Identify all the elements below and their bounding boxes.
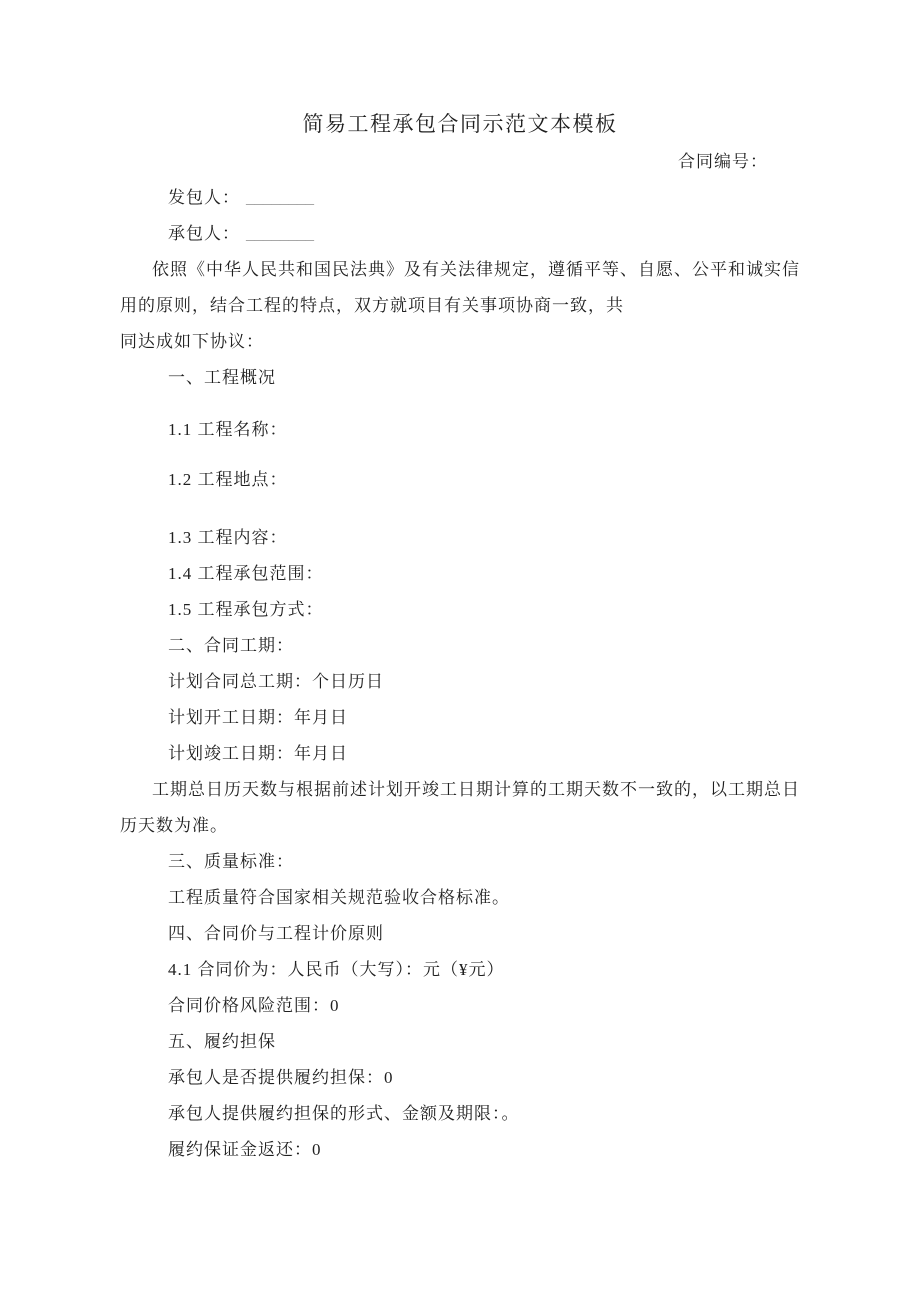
preamble-line-1: 依照《中华人民共和国民法典》及有关法律规定，遵循平等、自愿、公平和诚实信 — [120, 252, 800, 288]
section-2-heading: 二、合同工期： — [120, 628, 800, 664]
duration-note-line-1: 工期总日历天数与根据前述计划开竣工日期计算的工期天数不一致的，以工期总日 — [120, 772, 800, 808]
contractor-blank-field: ________ — [246, 216, 314, 252]
section-1-heading: 一、工程概况 — [120, 360, 800, 396]
planned-completion-date: 计划竣工日期：年月日 — [120, 736, 800, 772]
contract-number-label: 合同编号： — [120, 144, 800, 180]
section-3-heading: 三、质量标准： — [120, 844, 800, 880]
performance-bond-return: 履约保证金返还：0 — [120, 1132, 800, 1168]
clause-1-2-project-location: 1.2 工程地点： — [120, 462, 800, 498]
section-5-heading: 五、履约担保 — [120, 1024, 800, 1060]
clause-1-5-contract-method: 1.5 工程承包方式： — [120, 592, 800, 628]
employer-label: 发包人： — [168, 188, 240, 207]
clause-1-1-project-name: 1.1 工程名称： — [120, 412, 800, 448]
clause-1-4-contract-scope: 1.4 工程承包范围： — [120, 556, 800, 592]
preamble-line-3: 同达成如下协议： — [120, 324, 800, 360]
employer-blank-field: ________ — [246, 180, 314, 216]
contractor-row: 承包人：________ — [120, 216, 800, 252]
planned-start-date: 计划开工日期：年月日 — [120, 700, 800, 736]
preamble-line-2: 用的原则，结合工程的特点，双方就项目有关事项协商一致，共 — [120, 288, 800, 324]
price-risk-range: 合同价格风险范围：0 — [120, 988, 800, 1024]
document-content: 简易工程承包合同示范文本模板 合同编号： 发包人：________ 承包人：__… — [120, 0, 800, 1168]
contractor-label: 承包人： — [168, 224, 240, 243]
page-title: 简易工程承包合同示范文本模板 — [120, 104, 800, 144]
clause-1-3-project-content: 1.3 工程内容： — [120, 520, 800, 556]
clause-4-1-contract-price: 4.1 合同价为：人民币（大写）：元（¥元） — [120, 952, 800, 988]
planned-total-duration: 计划合同总工期：个日历日 — [120, 664, 800, 700]
quality-standard-text: 工程质量符合国家相关规范验收合格标准。 — [120, 880, 800, 916]
performance-bond-provided: 承包人是否提供履约担保：0 — [120, 1060, 800, 1096]
contract-document-page: 简易工程承包合同示范文本模板 合同编号： 发包人：________ 承包人：__… — [0, 0, 920, 1301]
employer-row: 发包人：________ — [120, 180, 800, 216]
duration-note-line-2: 历天数为准。 — [120, 808, 800, 844]
section-4-heading: 四、合同价与工程计价原则 — [120, 916, 800, 952]
performance-bond-terms: 承包人提供履约担保的形式、金额及期限：。 — [120, 1096, 800, 1132]
